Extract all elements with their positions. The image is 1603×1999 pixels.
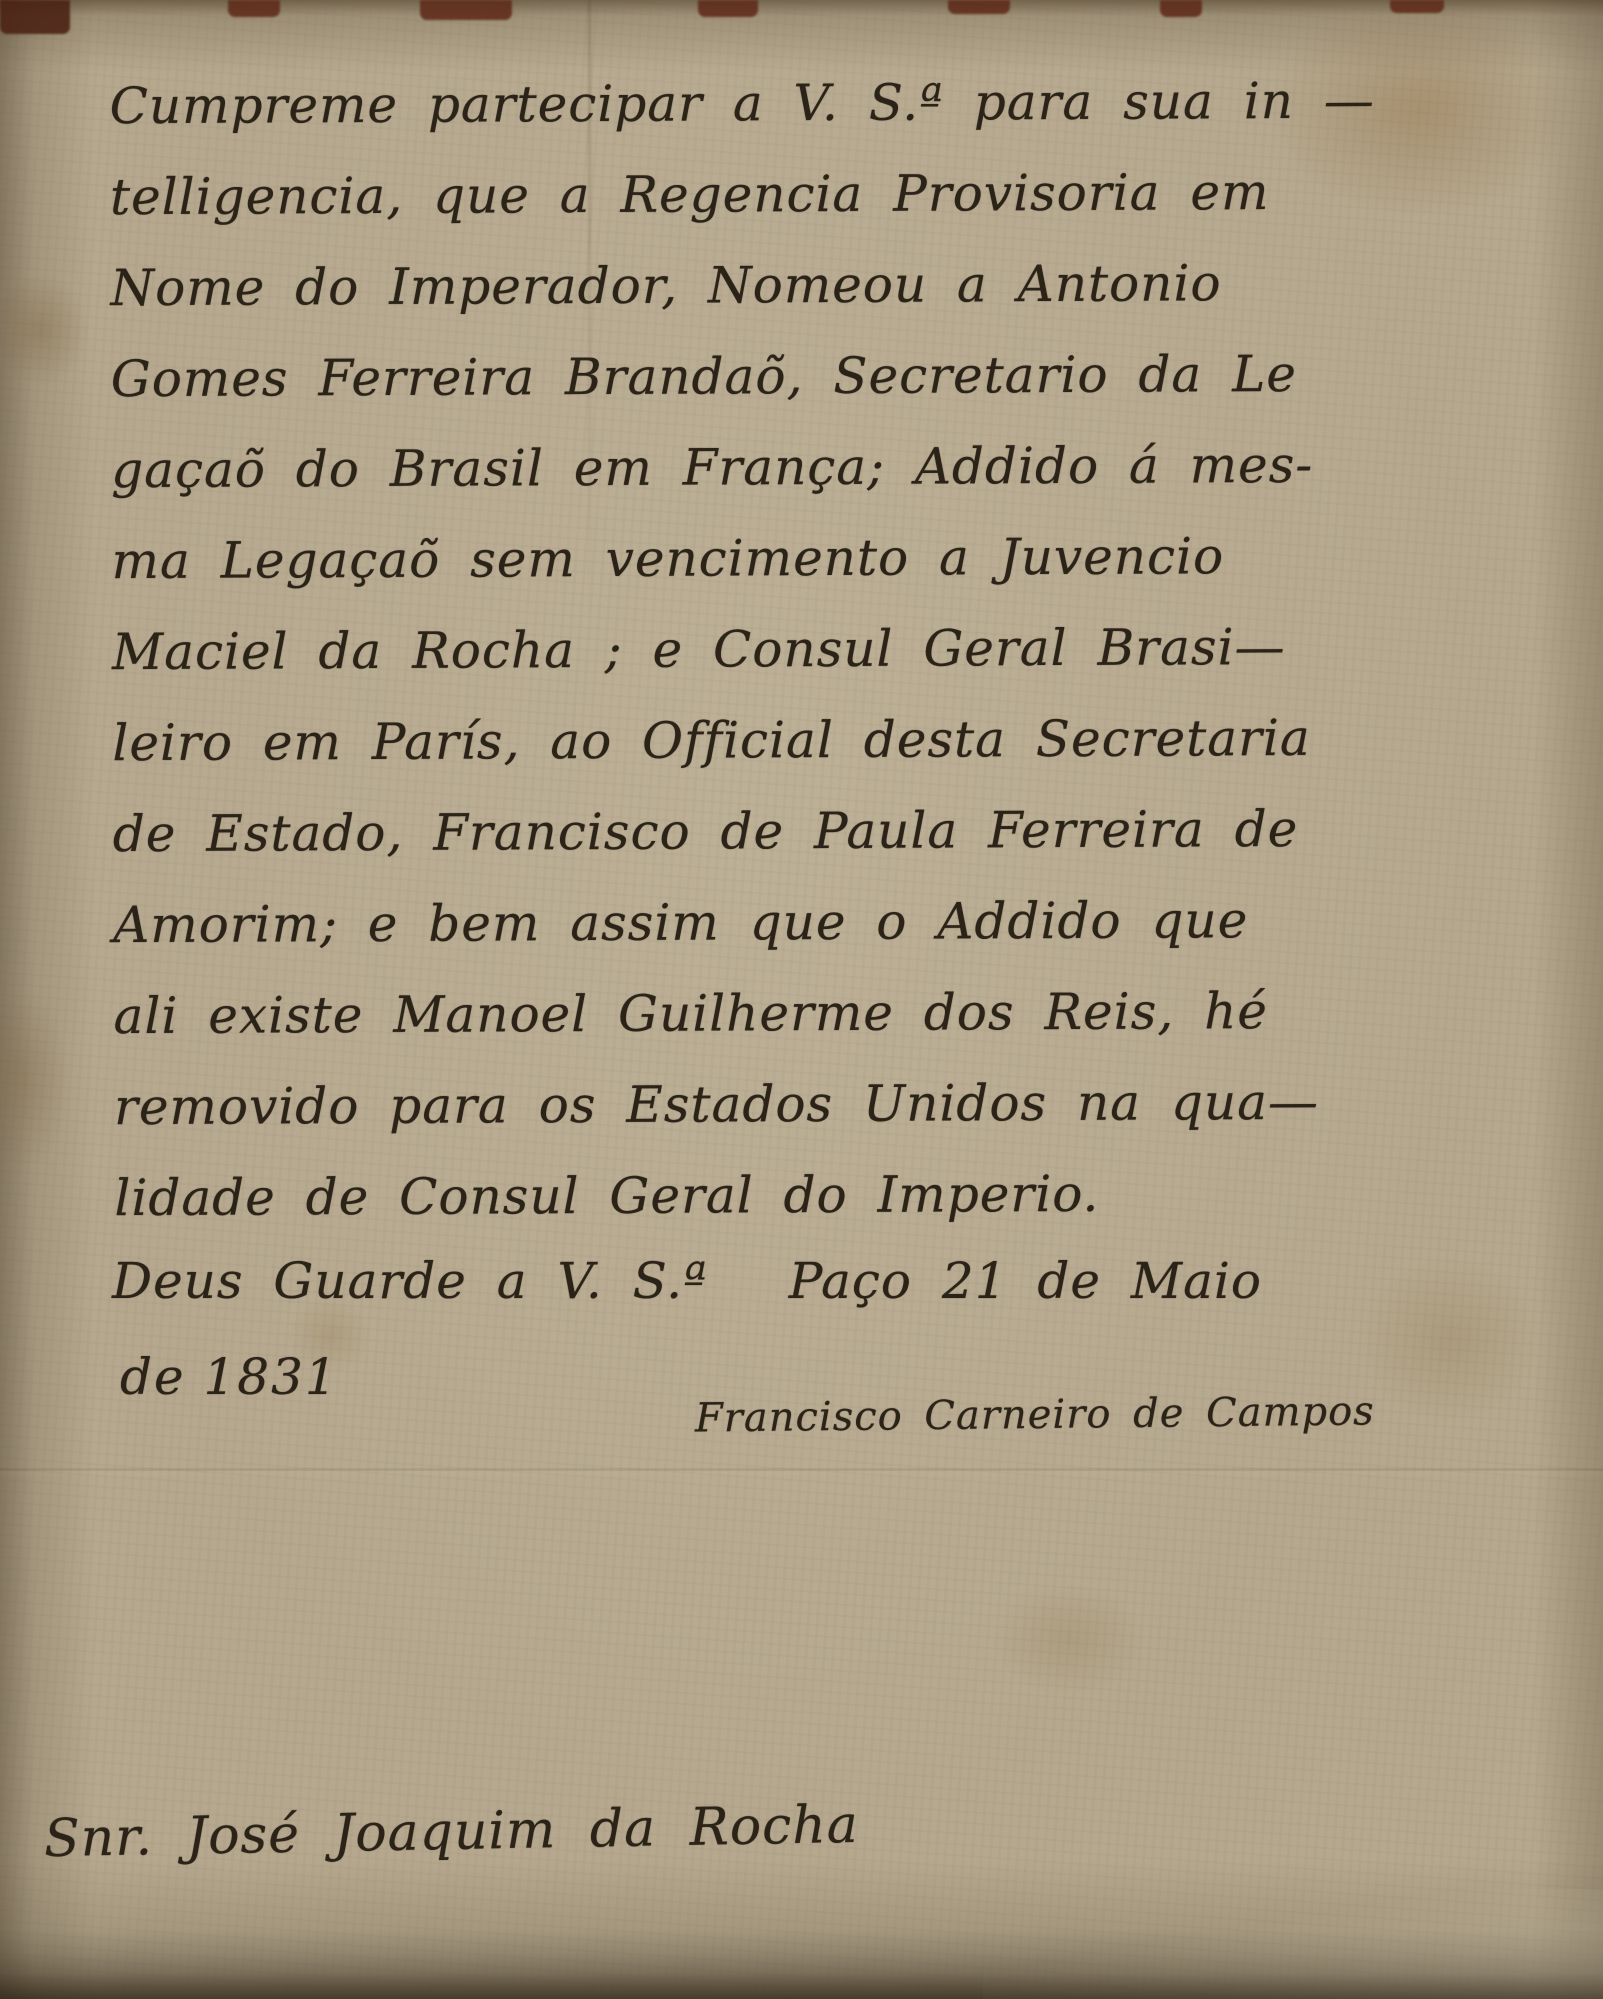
manuscript-line: de Estado, Francisco de Paula Ferreira d… <box>113 783 1553 880</box>
manuscript-line: lidade de Consul Geral do Imperio. <box>114 1147 1554 1244</box>
paper-stain <box>0 950 90 1210</box>
manuscript-line: Nome do Imperador, Nomeou a Antonio <box>110 237 1550 334</box>
paper-stain <box>0 250 110 410</box>
top-edge-ink-mark <box>420 0 512 20</box>
top-edge-ink-mark <box>698 0 758 17</box>
addressee-line: Snr. José Joaquim da Rocha <box>44 1795 860 1869</box>
manuscript-line: telligencia, que a Regencia Provisoria e… <box>110 146 1550 243</box>
manuscript-line: gaçaõ do Brasil em França; Addido á mes- <box>111 419 1551 516</box>
manuscript-line: Gomes Ferreira Brandaõ, Secretario da Le <box>111 328 1551 425</box>
closing-salutation: Deus Guarde a V. S.ª <box>112 1252 708 1310</box>
dateline-place-date: Paço 21 de Maio <box>789 1252 1262 1310</box>
manuscript-line: Cumpreme partecipar a V. S.ª para sua in… <box>109 55 1549 152</box>
manuscript-page: Cumpreme partecipar a V. S.ª para sua in… <box>0 0 1603 1999</box>
manuscript-line: ali existe Manoel Guilherme dos Reis, hé <box>113 965 1553 1062</box>
paper-stain <box>960 1560 1180 1720</box>
manuscript-line: removido para os Estados Unidos na qua— <box>114 1056 1554 1153</box>
manuscript-line: Amorim; e bem assim que o Addido que <box>113 874 1553 971</box>
top-edge-ink-mark <box>228 0 280 17</box>
letter-body: Cumpreme partecipar a V. S.ª para sua in… <box>109 55 1554 1244</box>
signature: Francisco Carneiro de Campos <box>695 1388 1375 1441</box>
top-edge-ink-mark <box>0 0 70 34</box>
manuscript-line: Maciel da Rocha ; e Consul Geral Brasi— <box>112 601 1552 698</box>
top-edge-ink-mark <box>1390 0 1444 13</box>
top-edge-ink-mark <box>1160 0 1202 17</box>
manuscript-line: ma Legaçaõ sem vencimento a Juvencio <box>111 510 1551 607</box>
manuscript-line: leiro em París, ao Official desta Secret… <box>112 692 1552 789</box>
horizontal-fold-line <box>0 1468 1603 1471</box>
dateline-year: de 1831 <box>120 1348 339 1406</box>
bottom-edge-shadow <box>0 1929 1603 1999</box>
top-edge-ink-mark <box>948 0 1010 14</box>
closing-row: Deus Guarde a V. S.ª Paço 21 de Maio <box>112 1252 1262 1310</box>
